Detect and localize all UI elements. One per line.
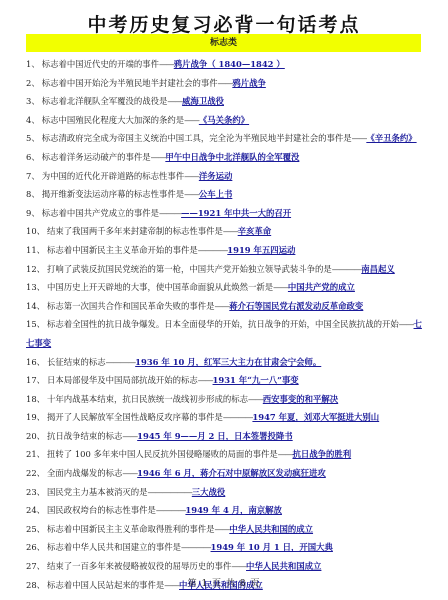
- item-question: 标志着洋务运动破产的事件是: [42, 152, 151, 162]
- item-question: 标志着中华人民共和国建立的事件是: [47, 542, 181, 552]
- item-question: 结束了我国两千多年来封建帝制的标志性事件是: [47, 226, 223, 236]
- item-dash: ——: [184, 115, 199, 125]
- item-answer-link[interactable]: 抗日战争的胜利: [292, 449, 351, 459]
- item-answer-link[interactable]: 中华人民共和国的成立: [229, 524, 313, 534]
- item-number: 8、: [26, 189, 40, 199]
- list-item: 24、国民政权垮台的标志性事件是————1949 年 4 月，南京解放: [26, 501, 426, 520]
- item-dash: ——: [218, 78, 233, 88]
- item-answer-link[interactable]: 辛亥革命: [238, 226, 272, 236]
- list-item: 21、扭转了 100 多年来中国人民反抗外国侵略屡败的局面的事件是——抗日战争的…: [26, 445, 426, 464]
- item-answer-link[interactable]: 中华人民共和国成立: [246, 561, 321, 571]
- item-number: 26、: [26, 542, 45, 552]
- item-number: 3、: [26, 96, 40, 106]
- item-answer-link[interactable]: 中国共产党的成立: [288, 282, 355, 292]
- item-answer-link[interactable]: 《辛丑条约》: [366, 133, 416, 143]
- item-answer-link[interactable]: 《马关条约》: [199, 115, 249, 125]
- item-dash: ——: [278, 449, 293, 459]
- item-dash: ——: [223, 226, 238, 236]
- item-question: 标志第一次国共合作和国民革命失败的事件是: [47, 301, 215, 311]
- item-answer-link[interactable]: 洋务运动: [199, 171, 233, 181]
- item-dash: ——: [151, 152, 166, 162]
- item-question: 扭转了 100 多年来中国人民反抗外国侵略屡败的局面的事件是: [47, 449, 278, 459]
- item-dash: ———: [159, 208, 181, 218]
- item-question: 为中国的近代化开辟道路的标志性事件: [42, 171, 184, 181]
- item-dash: ——: [248, 394, 263, 404]
- item-dash: ————: [198, 245, 228, 255]
- item-number: 6、: [26, 152, 40, 162]
- list-item: 4、标志中国殖民化程度大大加深的条约是——《马关条约》: [26, 111, 426, 130]
- question-list: 1、标志着中国近代史的开端的事件——鸦片战争（ 1840—1842 ） 2、标志…: [26, 55, 426, 594]
- item-number: 23、: [26, 487, 45, 497]
- item-dash: ——————: [148, 487, 192, 497]
- item-dash: ————: [332, 264, 362, 274]
- item-dash: ——: [215, 524, 230, 534]
- item-answer-link[interactable]: 威海卫战役: [182, 96, 224, 106]
- list-item: 22、全面内战爆发的标志——1946 年 6 月，蒋介石对中原解放区发动疯狂进攻: [26, 464, 426, 483]
- item-dash: ——: [399, 319, 414, 329]
- item-question: 标志着中国新民主主义革命开始的事件是: [47, 245, 198, 255]
- item-answer-link[interactable]: 鸦片战争: [232, 78, 266, 88]
- item-number: 9、: [26, 208, 40, 218]
- item-question: 抗日战争结束的标志: [47, 431, 122, 441]
- list-item: 12、打响了武装反抗国民党统治的第一枪，中国共产党开始独立领导武装斗争的是———…: [26, 260, 426, 279]
- item-answer-link[interactable]: 1949 年 4 月，南京解放: [185, 505, 282, 515]
- item-number: 11、: [26, 245, 45, 255]
- list-item: 7、为中国的近代化开辟道路的标志性事件——洋务运动: [26, 167, 426, 186]
- list-item: 10、结束了我国两千多年来封建帝制的标志性事件是——辛亥革命: [26, 222, 426, 241]
- page-number: 第 1 页 共 8 页: [0, 576, 448, 589]
- category-header: 标志类: [26, 34, 421, 52]
- list-item: 23、国民党主力基本被消灭的是——————三大战役: [26, 483, 426, 502]
- item-answer-link[interactable]: ——1921 年中共一大的召开: [181, 208, 291, 218]
- item-dash: ——: [198, 375, 213, 385]
- item-question: 日本局部侵华及中国局部抗战开始的标志: [47, 375, 198, 385]
- list-item: 2、标志着中国开始沦为半殖民地半封建社会的事件——鸦片战争: [26, 74, 426, 93]
- item-answer-link[interactable]: 公车上书: [199, 189, 233, 199]
- list-item: 9、标志着中国共产党成立的事件是—————1921 年中共一大的召开: [26, 204, 426, 223]
- item-number: 25、: [26, 524, 45, 534]
- item-question: 标志清政府完全成为帝国主义统治中国工具，完全沦为半殖民地半封建社会的事件是: [42, 133, 352, 143]
- item-dash: ————: [156, 505, 186, 515]
- item-question: 标志着中国新民主主义革命取得胜利的事件是: [47, 524, 215, 534]
- item-number: 18、: [26, 394, 45, 404]
- list-item: 8、揭开维新变法运动序幕的标志性事件是——公车上书: [26, 185, 426, 204]
- item-number: 15、: [26, 319, 45, 329]
- item-dash: ——: [231, 561, 246, 571]
- item-question: 十年内战基本结束，抗日民族统一战线初步形成的标志: [47, 394, 248, 404]
- item-answer-link[interactable]: 1945 年 9——月 2 日，日本签署投降书: [137, 431, 293, 441]
- item-question: 长征结束的标志: [47, 357, 106, 367]
- item-answer-link[interactable]: 甲午中日战争中北洋舰队的全军覆没: [165, 152, 299, 162]
- item-dash: ————: [223, 412, 253, 422]
- item-number: 14、: [26, 301, 45, 311]
- item-number: 12、: [26, 264, 45, 274]
- item-number: 2、: [26, 78, 40, 88]
- list-item: 13、中国历史上开天辟地的大事，使中国革命面貌从此焕然一新是——中国共产党的成立: [26, 278, 426, 297]
- item-answer-link[interactable]: 1946 年 6 月，蒋介石对中原解放区发动疯狂进攻: [137, 468, 326, 478]
- item-number: 4、: [26, 115, 40, 125]
- item-number: 17、: [26, 375, 45, 385]
- item-answer-link[interactable]: 1936 年 10 月，红军三大主力在甘肃会宁会师。: [135, 357, 321, 367]
- item-question: 全面内战爆发的标志: [47, 468, 122, 478]
- item-number: 22、: [26, 468, 45, 478]
- item-number: 5、: [26, 133, 40, 143]
- list-item: 11、标志着中国新民主主义革命开始的事件是————1919 年五四运动: [26, 241, 426, 260]
- item-dash: ——: [184, 171, 199, 181]
- item-question: 国民政权垮台的标志性事件是: [47, 505, 156, 515]
- list-item: 27、结束了一百多年来被侵略被奴役的屈辱历史的事件——中华人民共和国成立: [26, 557, 426, 576]
- item-number: 16、: [26, 357, 45, 367]
- item-dash: ——: [215, 301, 230, 311]
- item-question: 标志着中国共产党成立的事件是: [42, 208, 159, 218]
- item-answer-link[interactable]: 1931 年“九一八”事变: [213, 375, 299, 385]
- item-number: 13、: [26, 282, 45, 292]
- item-question: 标志着北洋舰队全军覆没的战役是: [42, 96, 168, 106]
- list-item: 18、十年内战基本结束，抗日民族统一战线初步形成的标志——西安事变的和平解决: [26, 390, 426, 409]
- item-number: 27、: [26, 561, 45, 571]
- list-item: 3、标志着北洋舰队全军覆没的战役是——威海卫战役: [26, 92, 426, 111]
- item-dash: ——: [159, 59, 174, 69]
- item-answer-link[interactable]: 蒋介石等国民党右派发动反革命政变: [229, 301, 363, 311]
- item-number: 7、: [26, 171, 40, 181]
- item-dash: ——: [122, 431, 137, 441]
- item-answer-link[interactable]: 南昌起义: [361, 264, 395, 274]
- list-item: 14、标志第一次国共合作和国民革命失败的事件是——蒋介石等国民党右派发动反革命政…: [26, 297, 426, 316]
- item-question: 中国历史上开天辟地的大事，使中国革命面貌从此焕然一新是: [47, 282, 273, 292]
- item-answer-link[interactable]: 1919 年五四运动: [227, 245, 295, 255]
- item-question: 国民党主力基本被消灭的是: [47, 487, 148, 497]
- document-title: 中考历史复习必背一句话考点: [0, 10, 448, 37]
- item-dash: ——: [122, 468, 137, 478]
- list-item: 5、标志清政府完全成为帝国主义统治中国工具，完全沦为半殖民地半封建社会的事件是—…: [26, 129, 426, 148]
- item-answer-link[interactable]: 鸦片战争（ 1840—1842 ）: [174, 59, 285, 69]
- item-answer-link[interactable]: 西安事变的和平解决: [263, 394, 338, 404]
- item-dash: ——: [184, 189, 199, 199]
- item-number: 20、: [26, 431, 45, 441]
- item-question: 结束了一百多年来被侵略被奴役的屈辱历史的事件: [47, 561, 231, 571]
- item-question: 标志着中国近代史的开端的事件: [42, 59, 159, 69]
- item-dash: ——: [167, 96, 182, 106]
- list-item: 1、标志着中国近代史的开端的事件——鸦片战争（ 1840—1842 ）: [26, 55, 426, 74]
- list-item: 17、日本局部侵华及中国局部抗战开始的标志——1931 年“九一八”事变: [26, 371, 426, 390]
- list-item: 25、标志着中国新民主主义革命取得胜利的事件是——中华人民共和国的成立: [26, 520, 426, 539]
- item-question: 打响了武装反抗国民党统治的第一枪，中国共产党开始独立领导武装斗争的是: [47, 264, 332, 274]
- item-question: 标志着中国开始沦为半殖民地半封建社会的事件: [42, 78, 218, 88]
- list-item: 19、揭开了人民解放军全国性战略反攻序幕的事件是————1947 年夏，刘邓大军…: [26, 408, 426, 427]
- list-item: 20、抗日战争结束的标志——1945 年 9——月 2 日，日本签署投降书: [26, 427, 426, 446]
- item-question: 揭开维新变法运动序幕的标志性事件是: [42, 189, 184, 199]
- item-number: 1、: [26, 59, 40, 69]
- item-number: 10、: [26, 226, 45, 236]
- list-item: 6、标志着洋务运动破产的事件是——甲午中日战争中北洋舰队的全军覆没: [26, 148, 426, 167]
- item-question: 标志着全国性的抗日战争爆发。日本全面侵华的开始，抗日战争的开始，中国全民族抗战的…: [47, 319, 399, 329]
- item-number: 24、: [26, 505, 45, 515]
- item-number: 21、: [26, 449, 45, 459]
- item-number: 19、: [26, 412, 45, 422]
- item-answer-link[interactable]: 1949 年 10 月 1 日，开国大典: [211, 542, 333, 552]
- item-dash: ————: [106, 357, 136, 367]
- item-dash: ——: [352, 133, 367, 143]
- list-item: 26、标志着中华人民共和国建立的事件是————1949 年 10 月 1 日，开…: [26, 538, 426, 557]
- item-answer-link[interactable]: 三大战役: [192, 487, 226, 497]
- list-item: 16、长征结束的标志————1936 年 10 月，红军三大主力在甘肃会宁会师。: [26, 353, 426, 372]
- item-dash: ——: [273, 282, 288, 292]
- item-dash: ————: [181, 542, 211, 552]
- list-item: 15、标志着全国性的抗日战争爆发。日本全面侵华的开始，抗日战争的开始，中国全民族…: [26, 315, 426, 352]
- item-answer-link[interactable]: 1947 年夏，刘邓大军挺进大别山: [252, 412, 379, 422]
- item-question: 标志中国殖民化程度大大加深的条约是: [42, 115, 184, 125]
- item-question: 揭开了人民解放军全国性战略反攻序幕的事件是: [47, 412, 223, 422]
